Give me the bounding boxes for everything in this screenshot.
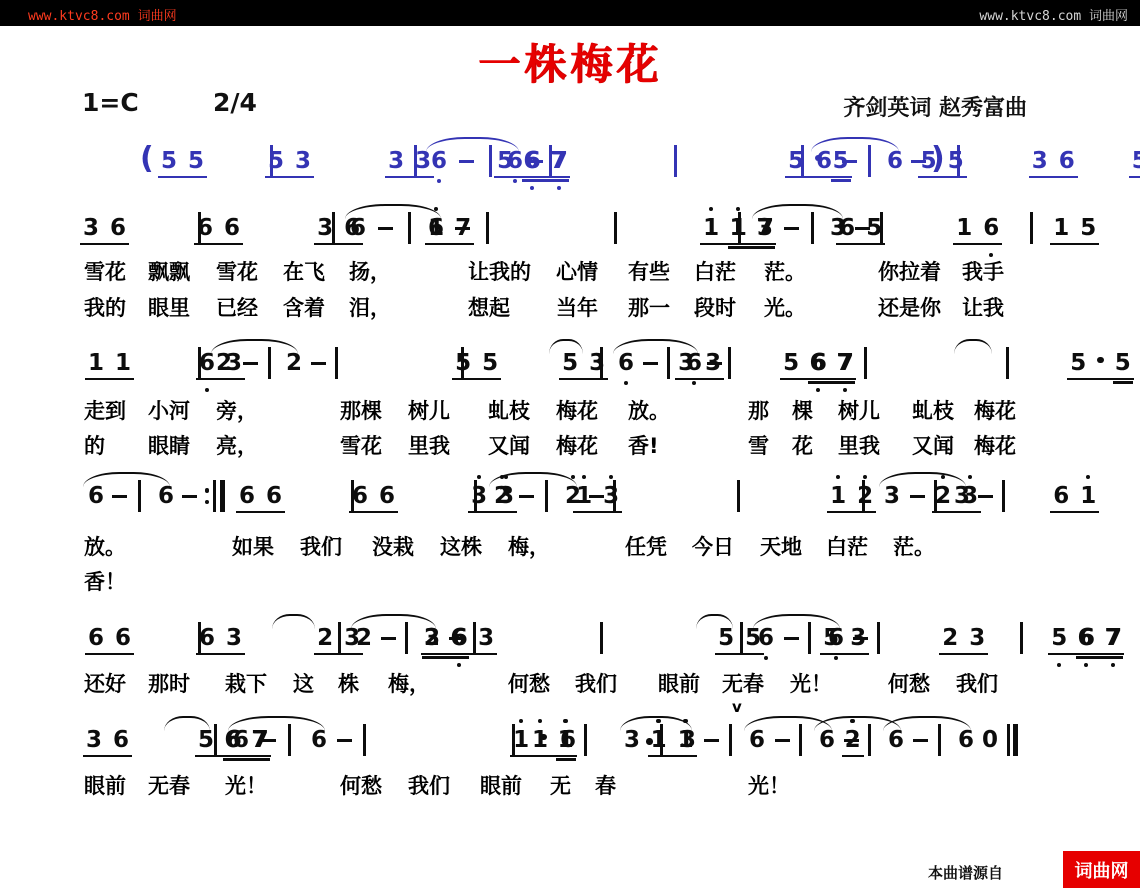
note-digit: 1	[956, 215, 972, 241]
barline	[335, 347, 338, 379]
note-group: 567	[1129, 148, 1140, 178]
lyric-word: 飘飘	[148, 256, 190, 286]
note-digit: 6	[88, 625, 104, 651]
lyric-word: 任凭	[625, 531, 667, 561]
lyric-row: 香！	[0, 566, 1140, 594]
note-group: 66	[236, 483, 285, 513]
note-digit: 6	[1078, 625, 1094, 651]
lyric-word: 放。	[628, 395, 670, 425]
note-group: 55	[452, 350, 501, 380]
barline	[512, 724, 515, 756]
barline	[549, 145, 552, 177]
note-digit: 3	[589, 350, 605, 376]
music-line: 6666663313221223615633	[0, 483, 1140, 525]
note-digit: 2	[857, 483, 873, 509]
note-group: 16	[953, 215, 1002, 245]
duration-dash	[455, 227, 470, 230]
note-digit: 7	[551, 148, 567, 174]
note-digit: 7	[837, 350, 853, 376]
barline	[1006, 347, 1009, 379]
note-digit: 5	[1070, 350, 1086, 376]
lyric-word: 扬，	[349, 256, 391, 286]
lyric-row: 眼前无春光！何愁我们眼前无春光！	[0, 770, 1140, 798]
lyric-word: 这	[293, 668, 314, 698]
site-url-right: www.ktvc8.com 词曲网	[979, 5, 1128, 24]
lyric-word: 眼前	[658, 668, 700, 698]
barline	[198, 347, 201, 379]
barline	[214, 724, 217, 756]
key-signature: 1=C	[82, 88, 139, 117]
lyric-word: 想起	[468, 292, 510, 322]
barline	[738, 212, 741, 244]
note-digit: 6	[810, 350, 826, 376]
lyric-word: 的	[84, 430, 105, 460]
augmentation-dot	[646, 738, 653, 745]
lyric-word: 那时	[148, 668, 190, 698]
lyric-word: 小河	[148, 395, 190, 425]
lyric-word: 我手	[962, 256, 1004, 286]
sheet-music-page: www.ktvc8.com 词曲网 www.ktvc8.com 词曲网 一株梅花…	[0, 0, 1140, 888]
duration-dash	[855, 227, 870, 230]
lyric-word: 树儿	[408, 395, 450, 425]
credits-line: 齐剑英词 赵秀富曲	[843, 91, 1027, 122]
duration-dash	[704, 739, 719, 742]
lyric-word: 没栽	[372, 531, 414, 561]
tie-arc	[549, 339, 583, 354]
lyric-word: 白茫	[694, 256, 736, 286]
duration-dash	[707, 362, 722, 365]
music-line: 11632255533356766555536567	[0, 350, 1140, 392]
sixteenth-beam	[556, 758, 576, 761]
lyric-word: 当年	[556, 292, 598, 322]
lyric-word: 梅花	[974, 395, 1016, 425]
music-line: (5553335676655553656766)	[0, 148, 1140, 190]
barline	[351, 480, 354, 512]
note-digit: 1	[88, 350, 104, 376]
duration-dash	[643, 362, 658, 365]
barline	[363, 724, 366, 756]
lyric-word: 光。	[764, 292, 806, 322]
barline	[600, 347, 603, 379]
lyric-word: 心情	[556, 256, 598, 286]
note-group: 66	[194, 215, 243, 245]
note-digit: 6	[115, 625, 131, 651]
lyric-word: 里我	[838, 430, 880, 460]
note-digit: 5	[482, 350, 498, 376]
sixteenth-beam	[808, 381, 855, 384]
lyric-word: 雪花	[84, 256, 126, 286]
note-group: 36	[83, 727, 132, 757]
lyric-word: 何愁	[888, 668, 930, 698]
lyric-word: 那棵	[340, 395, 382, 425]
lyric-row: 放。如果我们没栽这株梅，任凭今日天地白茫茫。	[0, 531, 1140, 559]
duration-dash	[182, 495, 197, 498]
lyric-word: 我们	[575, 668, 617, 698]
breath-mark: v	[732, 698, 742, 716]
lyric-row: 雪花飘飘雪花在飞扬，让我的心情有些白茫茫。你拉着我手	[0, 256, 1140, 284]
augmentation-dot	[1097, 357, 1104, 364]
lyric-word: 虬枝	[488, 395, 530, 425]
note-digit: 6	[110, 215, 126, 241]
lyric-word: 梅，	[388, 668, 430, 698]
duration-dash	[337, 739, 352, 742]
tie-arc	[351, 614, 436, 629]
lyric-word: 白茫	[826, 531, 868, 561]
lyric-word: 光！	[748, 770, 790, 800]
lyric-word: 无	[550, 770, 571, 800]
note-digit: 5	[188, 148, 204, 174]
tie-arc	[426, 137, 519, 152]
duration-dash	[842, 160, 857, 163]
barline	[674, 145, 677, 177]
note-digit: 3	[317, 215, 333, 241]
note-digit: 1	[1080, 483, 1096, 509]
note-group: 33	[385, 148, 434, 178]
barline	[877, 622, 880, 654]
duration-dash	[311, 362, 326, 365]
lyric-word: 我的	[84, 292, 126, 322]
lyric-word: 雪	[748, 430, 769, 460]
lyric-word: 梅花	[556, 395, 598, 425]
tie-arc	[489, 472, 577, 487]
lyric-word: 走到	[84, 395, 126, 425]
duration-dash	[378, 227, 393, 230]
lyric-word: 雪花	[340, 430, 382, 460]
note-digit: 3	[295, 148, 311, 174]
note-digit: 6	[199, 625, 215, 651]
lyric-word: 又闻	[488, 430, 530, 460]
note-digit: 6	[352, 483, 368, 509]
note-group: 36	[80, 215, 129, 245]
duration-dash	[844, 739, 859, 742]
tie-arc	[613, 339, 698, 354]
duration-dash	[978, 495, 993, 498]
barline	[613, 480, 616, 512]
lyric-word: 无春	[722, 668, 764, 698]
lyric-word: 你拉着	[878, 256, 941, 286]
note-digit: 5	[1080, 215, 1096, 241]
lyric-row: 我的眼里已经含着泪，想起当年那一段时光。还是你让我	[0, 292, 1140, 320]
duration-dash	[784, 227, 799, 230]
note: 6	[560, 727, 576, 753]
lyric-word: 眼前	[84, 770, 126, 800]
lyric-word: 已经	[216, 292, 258, 322]
song-title: 一株梅花	[0, 32, 1140, 92]
lyric-word: 香!	[628, 430, 659, 460]
tie-arc	[879, 472, 966, 487]
tie-arc	[620, 716, 692, 731]
lyric-word: 有些	[628, 256, 670, 286]
lyric-word: 茫。	[764, 256, 806, 286]
tie-arc	[272, 614, 315, 629]
final-barline	[1007, 724, 1018, 756]
lyric-word: 虬枝	[912, 395, 954, 425]
note-digit: 6	[266, 483, 282, 509]
barline	[957, 145, 960, 177]
tie-arc	[228, 716, 325, 731]
note-group: 55	[158, 148, 207, 178]
note-digit: 6	[1059, 148, 1075, 174]
note-digit: 6	[983, 215, 999, 241]
duration-dash	[913, 739, 928, 742]
lyric-word: 眼里	[148, 292, 190, 322]
lyric-word: 那一	[628, 292, 670, 322]
lyric-word: 雪花	[216, 256, 258, 286]
barline	[338, 622, 341, 654]
duration-dash	[261, 739, 276, 742]
duration-dash	[459, 160, 474, 163]
barline	[728, 347, 731, 379]
barline	[1002, 480, 1005, 512]
duration-dash	[519, 495, 534, 498]
lyric-row: 的眼睛亮，雪花里我又闻梅花香!雪花里我又闻梅花	[0, 430, 1140, 458]
sixteenth-beam	[728, 246, 775, 249]
lyric-word: 我们	[408, 770, 450, 800]
duration-dash	[853, 637, 868, 640]
note-digit: 5	[783, 350, 799, 376]
barline	[740, 622, 743, 654]
lyric-word: 在飞	[283, 256, 325, 286]
lyric-word: 里我	[408, 430, 450, 460]
tie-arc	[164, 716, 210, 731]
barline	[474, 480, 477, 512]
note-digit: 3	[478, 625, 494, 651]
lyric-word: 如果	[232, 531, 274, 561]
sixteenth-beam	[1076, 656, 1123, 659]
note-group: 15	[1050, 215, 1099, 245]
note-digit: 3	[86, 727, 102, 753]
duration-dash	[589, 495, 604, 498]
top-banner: www.ktvc8.com 词曲网 www.ktvc8.com 词曲网	[0, 0, 1140, 26]
barline	[332, 212, 335, 244]
note-digit: 6	[224, 215, 240, 241]
note-digit: 5	[161, 148, 177, 174]
note-digit: 7	[1105, 625, 1121, 651]
note-digit: 1	[532, 727, 548, 753]
lyric-word: 放。	[84, 531, 126, 561]
lyric-word: 还好	[84, 668, 126, 698]
duration-dash	[528, 160, 543, 163]
site-url-left: www.ktvc8.com 词曲网	[28, 5, 177, 24]
lyric-word: 那	[748, 395, 769, 425]
lyric-word: 栽下	[225, 668, 267, 698]
sixteenth-beam	[223, 758, 270, 761]
barline	[198, 212, 201, 244]
lyric-row: 还好那时栽下这株梅，何愁我们眼前无春光！何愁我们	[0, 668, 1140, 696]
note-digit: 2	[317, 625, 333, 651]
lyric-word: 香！	[84, 566, 126, 596]
note-group: 11	[85, 350, 134, 380]
site-badge[interactable]: 词曲网	[1063, 851, 1140, 888]
note-digit: 0	[982, 727, 998, 753]
note-digit: 3	[83, 215, 99, 241]
note-digit: 6	[1053, 483, 1069, 509]
lyric-word: 我们	[300, 531, 342, 561]
lyric-word: 让我	[962, 292, 1004, 322]
barline	[862, 480, 865, 512]
note-digit: 1	[1053, 215, 1069, 241]
lyric-word: 棵	[792, 395, 813, 425]
note-digit: 1	[830, 483, 846, 509]
barline	[1030, 212, 1033, 244]
barline	[270, 145, 273, 177]
lyric-word: 旁，	[216, 395, 258, 425]
begin-repeat-sign	[205, 480, 225, 512]
lyric-row: 走到小河旁，那棵树儿虬枝梅花放。那棵树儿虬枝梅花	[0, 395, 1140, 423]
lyric-word: 眼前	[480, 770, 522, 800]
tie-arc	[345, 204, 441, 219]
barline	[600, 622, 603, 654]
duration-dash	[910, 495, 925, 498]
tie-arc	[954, 339, 992, 354]
parenthesis: )	[931, 144, 945, 174]
tie-arc	[811, 137, 899, 152]
note-digit: 3	[603, 483, 619, 509]
note-group: 55	[1067, 350, 1134, 380]
duration-dash	[381, 637, 396, 640]
barline	[486, 212, 489, 244]
sixteenth-beam	[831, 179, 851, 182]
note-group: 66	[349, 483, 398, 513]
barline	[584, 724, 587, 756]
lyric-word: 还是你	[878, 292, 941, 322]
note-digit: 5	[948, 148, 964, 174]
barline	[864, 347, 867, 379]
barline	[880, 212, 883, 244]
barline	[414, 145, 417, 177]
lyric-word: 眼睛	[148, 430, 190, 460]
lyric-word: 光！	[790, 668, 832, 698]
lyric-word: 我们	[956, 668, 998, 698]
note: 0	[982, 727, 998, 753]
note-group: 12	[827, 483, 876, 513]
note-group: 66	[85, 625, 134, 655]
barline	[729, 724, 732, 756]
note-group: 63	[196, 625, 245, 655]
sixteenth-beam	[422, 656, 469, 659]
note: 1	[532, 727, 548, 753]
lyric-word: 含着	[283, 292, 325, 322]
lyric-word: 梅花	[974, 430, 1016, 460]
note-group: 61	[1050, 483, 1099, 513]
note-digit: 6	[113, 727, 129, 753]
tie-arc	[211, 339, 298, 354]
barline	[614, 212, 617, 244]
lyric-word: 天地	[760, 531, 802, 561]
lyric-word: 何愁	[508, 668, 550, 698]
duration-dash	[911, 160, 926, 163]
lyric-word: 树儿	[838, 395, 880, 425]
parenthesis: (	[140, 144, 154, 174]
music-line: 365676611111623366660	[0, 727, 1140, 769]
duration-dash	[243, 362, 258, 365]
duration-dash	[449, 637, 464, 640]
note-digit: 3	[1032, 148, 1048, 174]
tie-arc	[753, 614, 840, 629]
note-digit: 5	[1115, 350, 1131, 376]
tie-arc	[752, 204, 843, 219]
barline	[1020, 622, 1023, 654]
note-digit: 2	[942, 625, 958, 651]
note-group: 36	[1029, 148, 1078, 178]
lyric-word: 何愁	[340, 770, 382, 800]
note-digit: 6	[560, 727, 576, 753]
lyric-word: 让我的	[468, 256, 531, 286]
lyric-word: 株	[338, 668, 359, 698]
note-group: 567	[1048, 625, 1124, 655]
note-group: 23	[939, 625, 988, 655]
tie-arc	[883, 716, 971, 731]
lyric-word: 梅，	[508, 531, 550, 561]
music-line: 36663617661176516153336663	[0, 215, 1140, 257]
note-digit: 3	[388, 148, 404, 174]
lyric-word: 茫。	[893, 531, 935, 561]
duration-dash	[775, 739, 790, 742]
note-digit: 1	[115, 350, 131, 376]
duration-dash	[112, 495, 127, 498]
tie-arc	[696, 614, 733, 629]
note-digit: 5	[1132, 148, 1140, 174]
lyric-word: 这株	[440, 531, 482, 561]
barline	[737, 480, 740, 512]
note-digit: 5	[1051, 625, 1067, 651]
music-line: 66632336322555323567665555	[0, 625, 1140, 667]
lyric-word: 梅花	[556, 430, 598, 460]
note-group: 567	[780, 350, 856, 380]
note-digit: 6	[239, 483, 255, 509]
barline	[461, 347, 464, 379]
lyric-word: 今日	[692, 531, 734, 561]
duration-dash	[784, 637, 799, 640]
sixteenth-beam	[522, 179, 569, 182]
note-digit: 1	[703, 215, 719, 241]
tie-arc	[83, 472, 170, 487]
lyric-word: 亮，	[216, 430, 258, 460]
lyric-word: 花	[792, 430, 813, 460]
lyric-word: 无春	[148, 770, 190, 800]
sixteenth-beam	[1113, 381, 1133, 384]
barline	[473, 622, 476, 654]
note-digit: 3	[226, 625, 242, 651]
lyric-word: 段时	[694, 292, 736, 322]
lyric-word: 泪，	[349, 292, 391, 322]
time-signature: 2/4	[213, 88, 257, 117]
barline	[801, 145, 804, 177]
lyric-word: 光！	[225, 770, 267, 800]
lyric-word: 又闻	[912, 430, 954, 460]
note-digit: 1	[513, 727, 529, 753]
lyric-word: 春	[595, 770, 616, 800]
note-digit: 6	[379, 483, 395, 509]
note-digit: 3	[969, 625, 985, 651]
barline	[198, 622, 201, 654]
source-note: 本曲谱源自	[928, 862, 1003, 883]
